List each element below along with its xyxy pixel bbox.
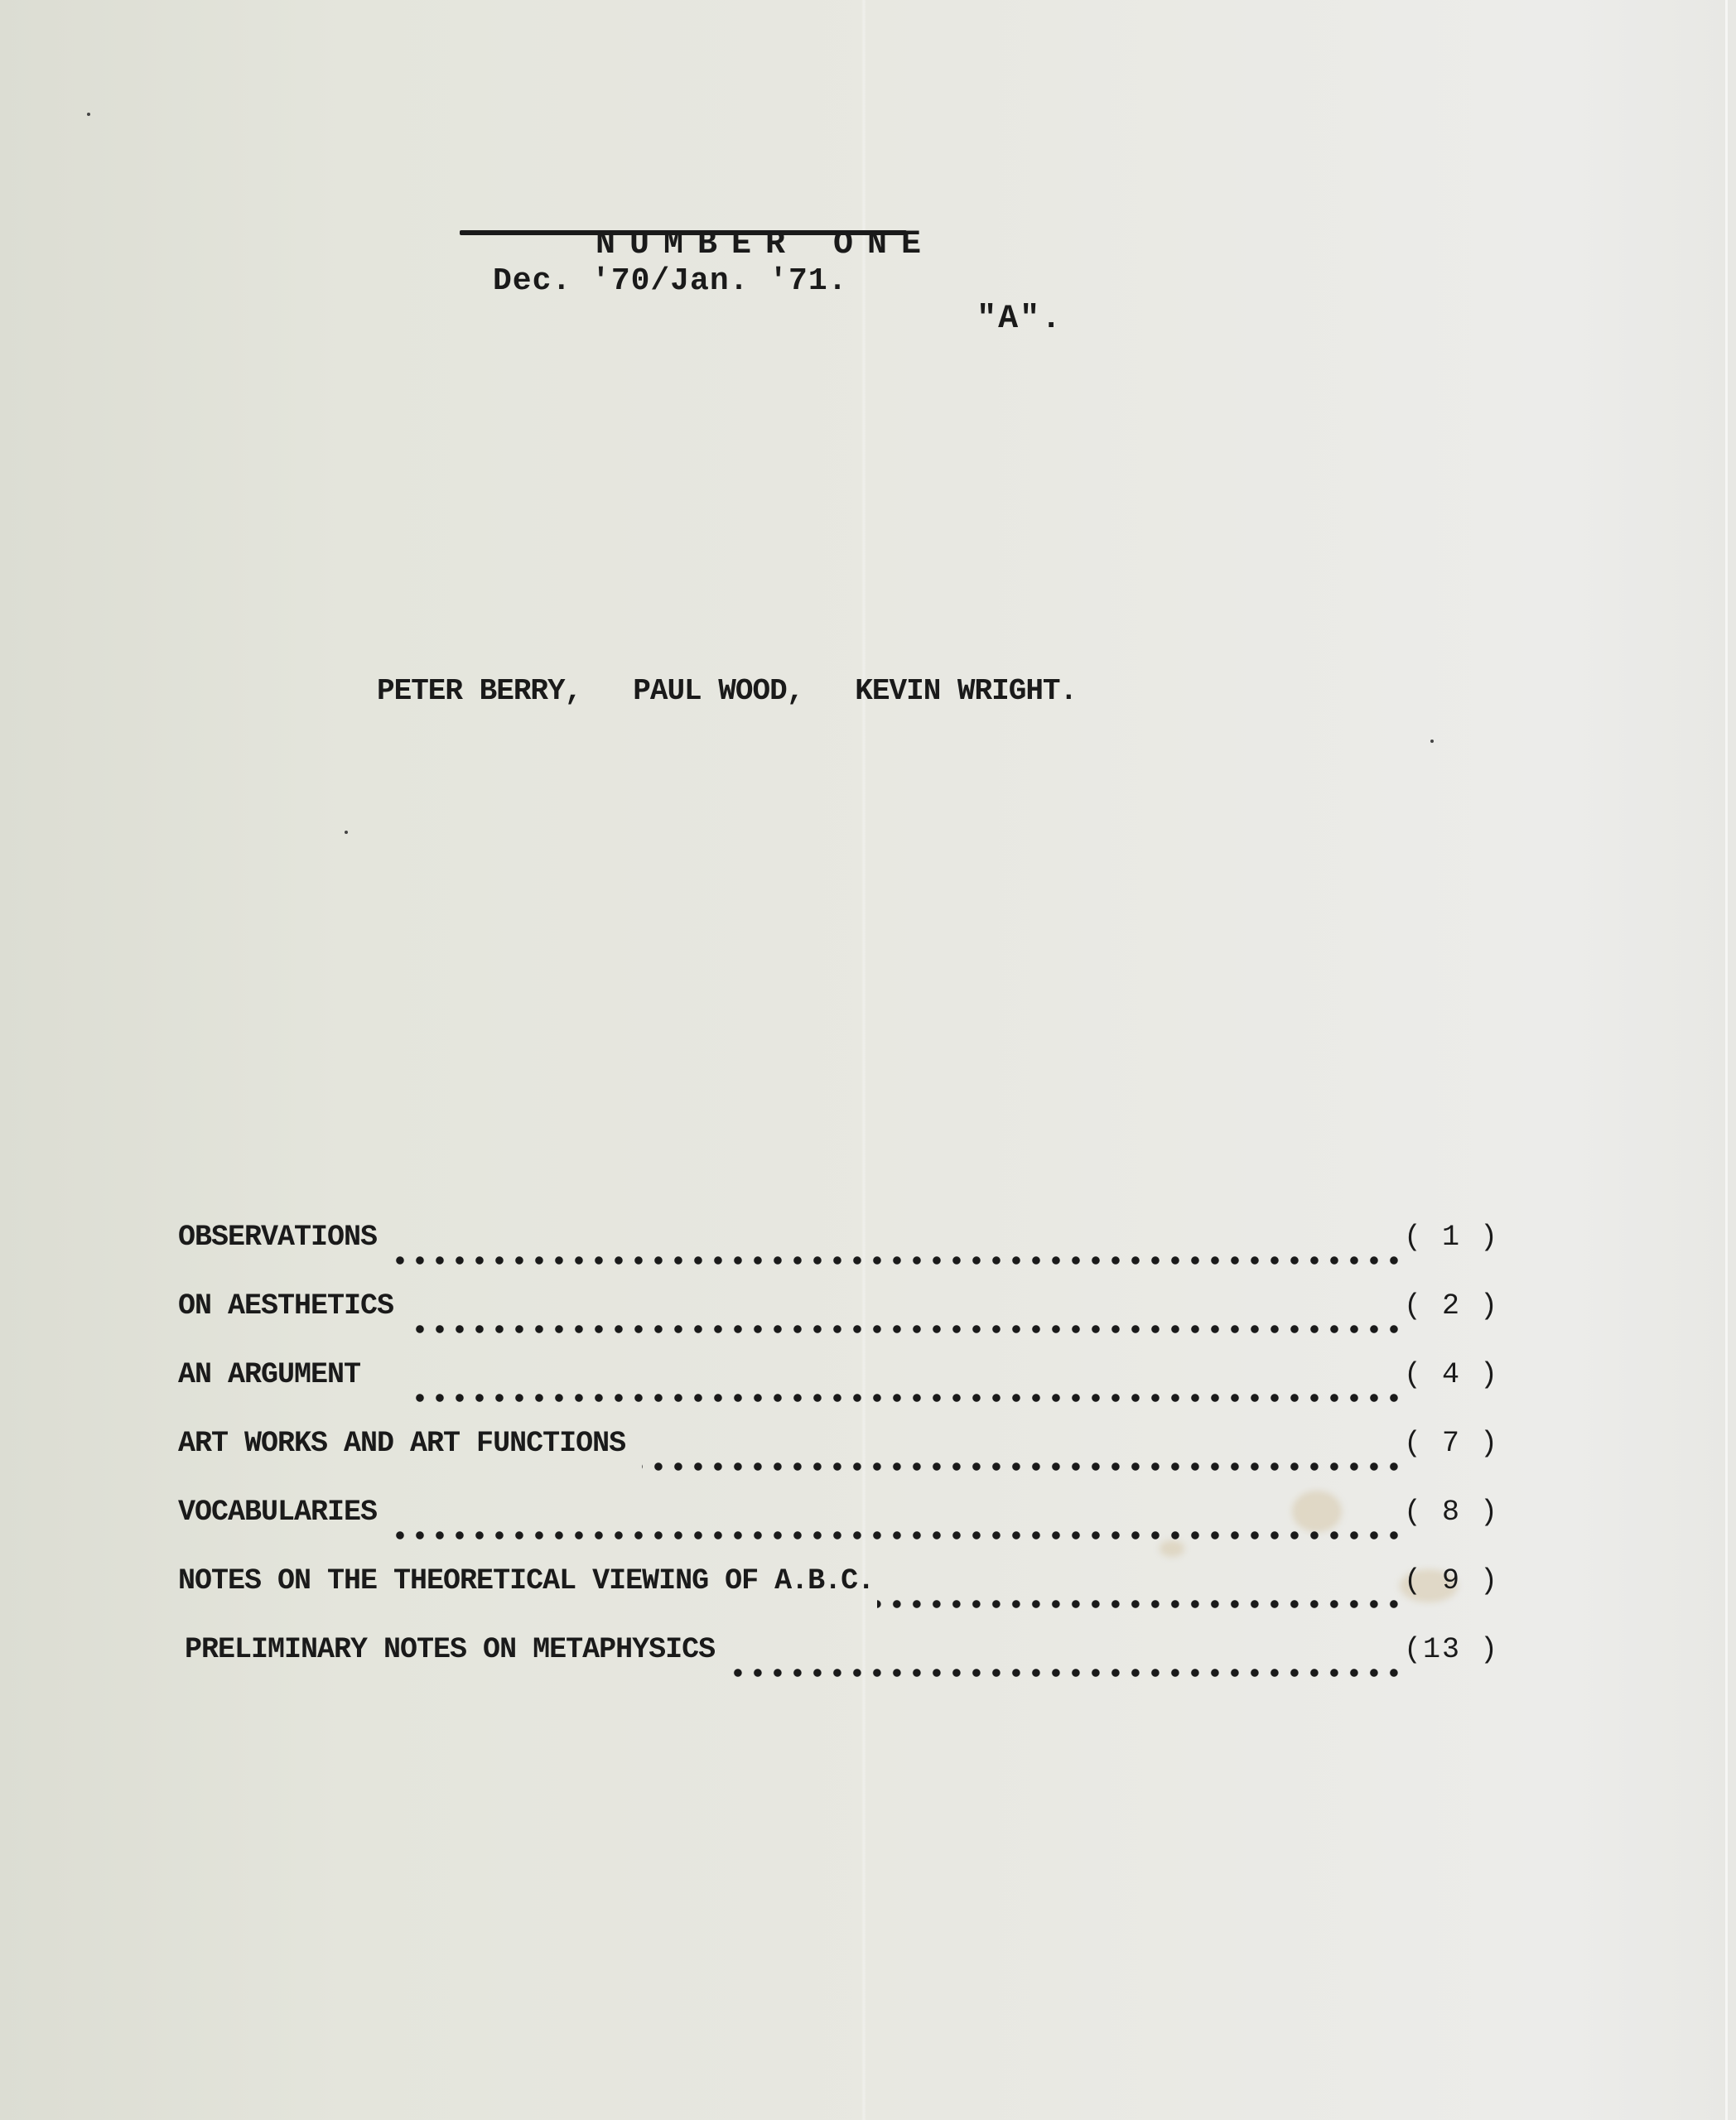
toc-entry-title: AN ARGUMENT — [178, 1358, 410, 1391]
author-list: PETER BERRY, PAUL WOOD, KEVIN WRIGHT. — [377, 674, 1077, 708]
toc-entry: ART WORKS AND ART FUNCTIONS ( 7 ) — [178, 1427, 1487, 1496]
toc-entry: ON AESTHETICS ( 2 ) — [178, 1289, 1487, 1358]
title-underline — [460, 230, 907, 235]
author-name: PETER BERRY, — [377, 674, 581, 708]
toc-entry-title: VOCABULARIES — [178, 1496, 393, 1529]
toc-entry: PRELIMINARY NOTES ON METAPHYSICS (13 ) — [178, 1633, 1487, 1702]
dot-leader — [410, 1325, 1404, 1333]
paper-edge — [1725, 0, 1728, 2120]
toc-entry-page: (13 ) — [1404, 1633, 1487, 1666]
dot-leader — [393, 1256, 1404, 1265]
author-name: PAUL WOOD, — [633, 674, 803, 708]
toc-entry-page: ( 1 ) — [1404, 1221, 1487, 1254]
toc-entry-page: ( 9 ) — [1404, 1564, 1487, 1597]
toc-entry-title: ART WORKS AND ART FUNCTIONS — [178, 1427, 642, 1460]
dot-leader — [877, 1600, 1404, 1608]
document-title-suffix: "A". — [976, 301, 1063, 338]
toc-entry-title: PRELIMINARY NOTES ON METAPHYSICS — [178, 1633, 731, 1666]
toc-entry: NOTES ON THE THEORETICAL VIEWING OF A.B.… — [178, 1564, 1487, 1633]
paper-speck — [87, 113, 90, 116]
paper-speck — [1430, 740, 1434, 743]
table-of-contents: OBSERVATIONS ( 1 ) ON AESTHETICS ( 2 ) A… — [178, 1221, 1487, 1702]
dot-leader — [731, 1669, 1404, 1677]
toc-entry-page: ( 7 ) — [1404, 1427, 1487, 1460]
toc-entry-page: ( 8 ) — [1404, 1496, 1487, 1529]
document-date: Dec. '70/Jan. '71. — [493, 263, 847, 299]
toc-entry-title: ON AESTHETICS — [178, 1289, 410, 1323]
toc-entry: VOCABULARIES ( 8 ) — [178, 1496, 1487, 1564]
author-name: KEVIN WRIGHT. — [855, 674, 1077, 708]
dot-leader — [410, 1394, 1404, 1402]
paper-speck — [345, 831, 348, 834]
dot-leader — [642, 1462, 1404, 1471]
dot-leader — [393, 1531, 1404, 1539]
toc-entry: OBSERVATIONS ( 1 ) — [178, 1221, 1487, 1289]
toc-entry-title: NOTES ON THE THEORETICAL VIEWING OF A.B.… — [178, 1564, 877, 1597]
toc-entry-page: ( 2 ) — [1404, 1289, 1487, 1323]
toc-entry: AN ARGUMENT ( 4 ) — [178, 1358, 1487, 1427]
toc-entry-page: ( 4 ) — [1404, 1358, 1487, 1391]
toc-entry-title: OBSERVATIONS — [178, 1221, 393, 1254]
